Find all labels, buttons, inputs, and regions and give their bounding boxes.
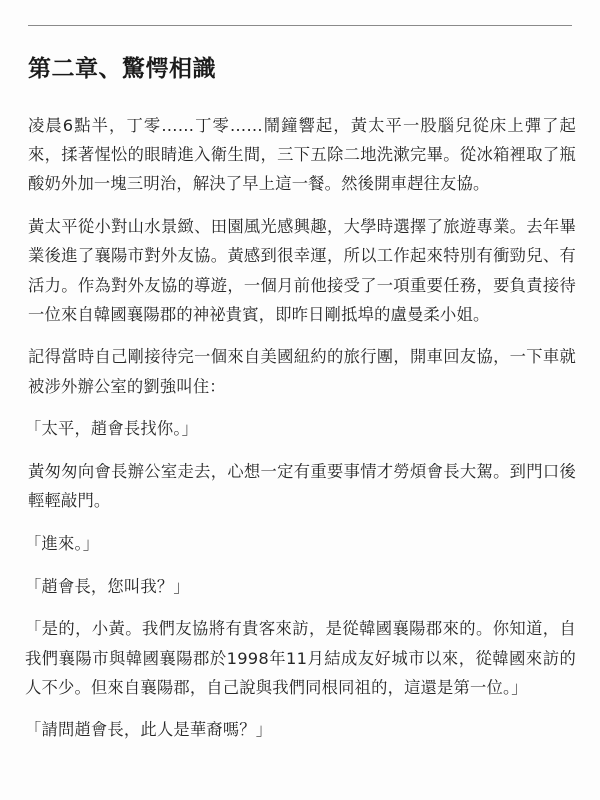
dialogue-line: 「是的，小黃。我們友協將有貴客來訪，是從韓國襄陽郡來的。你知道，自我們襄陽市與韓…	[25, 614, 576, 702]
chapter-title: 第二章、驚愕相識	[28, 53, 216, 85]
dialogue-line: 「進來。」	[25, 529, 576, 558]
dialogue-line: 「趙會長，您叫我？」	[25, 572, 576, 601]
dialogue-line: 「請問趙會長，此人是華裔嗎？」	[25, 715, 576, 744]
paragraph-1: 凌晨6點半，丁零……丁零……鬧鐘響起，黃太平一股腦兒從床上彈了起來，揉著惺忪的眼…	[28, 111, 576, 199]
paragraph-3: 記得當時自己剛接待完一個來自美國紐約的旅行團，開車回友協，一下車就被涉外辦公室的…	[28, 342, 576, 400]
paragraph-4: 黃匆匆向會長辦公室走去，心想一定有重要事情才勞煩會長大駕。到門口後輕輕敲門。	[28, 457, 576, 515]
chapter-body: 凌晨6點半，丁零……丁零……鬧鐘響起，黃太平一股腦兒從床上彈了起來，揉著惺忪的眼…	[28, 111, 576, 758]
paragraph-2: 黃太平從小對山水景緻、田園風光感興趣，大學時選擇了旅遊專業。去年畢業後進了襄陽市…	[28, 212, 576, 329]
horizontal-rule	[28, 25, 572, 26]
dialogue-line: 「太平，趙會長找你。」	[25, 414, 576, 443]
